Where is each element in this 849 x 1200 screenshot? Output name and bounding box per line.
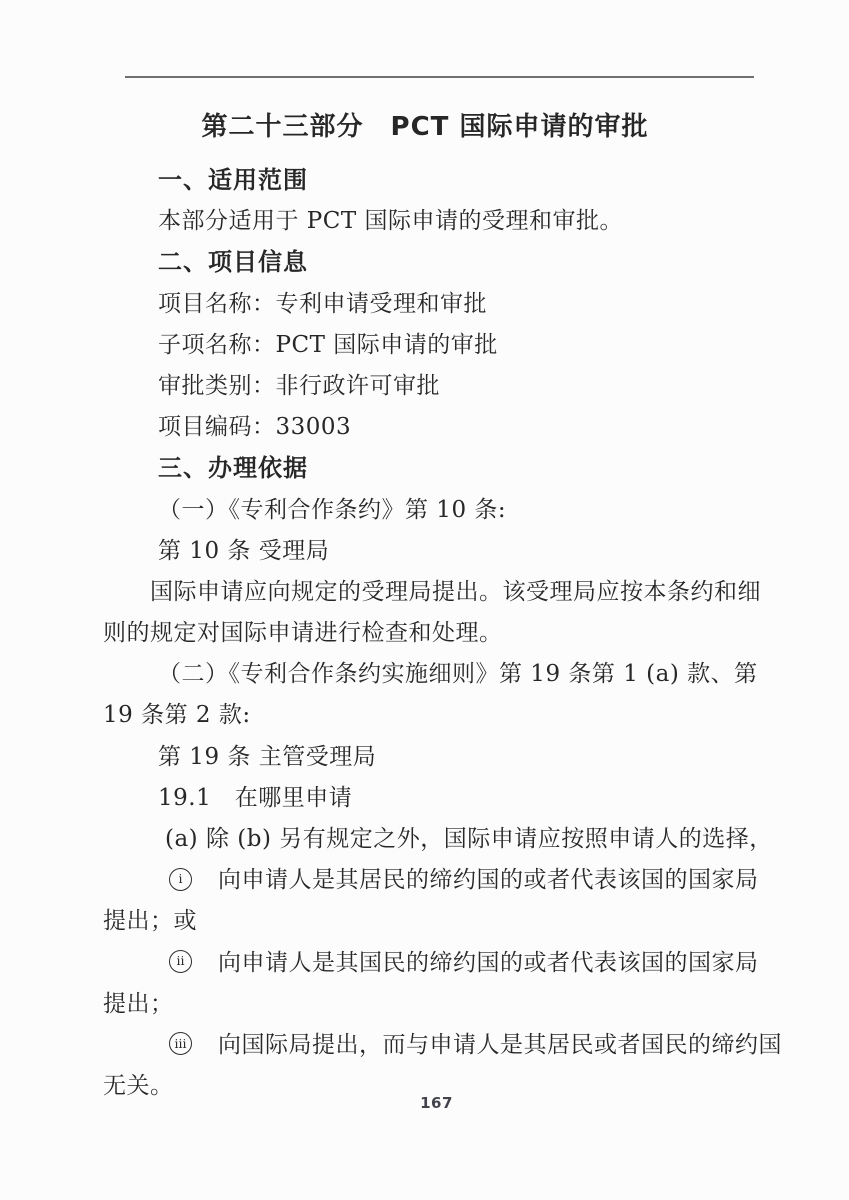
list-item-ii-text: 向申请人是其国民的缔约国的或者代表该国的国家局 [218,950,759,976]
project-code-line: 项目编码：33003 [103,407,747,448]
document-body: 第二十三部分 PCT 国际申请的审批 一、适用范围 本部分适用于 PCT 国际申… [103,107,747,1107]
rule-19-1-heading-line: 19.1 在哪里申请 [103,778,747,819]
basis-item-1-line: （一）《专利合作条约》第 10 条: [103,490,747,531]
document-title: 第二十三部分 PCT 国际申请的审批 [103,107,747,148]
article-10-paragraph-line-2: 则的规定对国际申请进行检查和处理。 [103,613,747,654]
section-heading-scope: 一、适用范围 [103,160,747,201]
document-page: 第二十三部分 PCT 国际申请的审批 一、适用范围 本部分适用于 PCT 国际申… [0,0,849,1200]
circled-roman-ii-marker: ii [169,950,192,973]
basis-item-2-line-1: （二）《专利合作条约实施细则》第 19 条第 1 (a) 款、第 [103,654,747,695]
approval-category-line: 审批类别：非行政许可审批 [103,366,747,407]
project-name-line: 项目名称：专利申请受理和审批 [103,284,747,325]
article-10-heading-line: 第 10 条 受理局 [103,531,747,572]
list-item-i-continuation: 提出；或 [103,901,747,942]
circled-roman-i-marker: i [169,868,192,891]
sub-item-name-line: 子项名称：PCT 国际申请的审批 [103,325,747,366]
section-heading-legal-basis: 三、办理依据 [103,448,747,489]
page-number: 167 [0,1094,849,1112]
clause-a-line: (a) 除 (b) 另有规定之外，国际申请应按照申请人的选择， [103,819,747,860]
list-item-iii-text: 向国际局提出，而与申请人是其居民或者国民的缔约国 [218,1032,782,1058]
list-item-iii: iii向国际局提出，而与申请人是其居民或者国民的缔约国 [103,1025,747,1066]
list-item-i-text: 向申请人是其居民的缔约国的或者代表该国的国家局 [218,867,759,893]
list-item-ii-continuation: 提出； [103,984,747,1025]
section-heading-project-info: 二、项目信息 [103,242,747,283]
article-10-paragraph-line-1: 国际申请应向规定的受理局提出。该受理局应按本条约和细 [103,572,747,613]
list-item-ii: ii向申请人是其国民的缔约国的或者代表该国的国家局 [103,943,747,984]
header-rule [125,76,754,78]
list-item-i: i向申请人是其居民的缔约国的或者代表该国的国家局 [103,860,747,901]
circled-roman-iii-marker: iii [169,1032,192,1055]
basis-item-2-line-2: 19 条第 2 款: [103,695,747,736]
scope-text-line: 本部分适用于 PCT 国际申请的受理和审批。 [103,201,747,242]
rule-19-heading-line: 第 19 条 主管受理局 [103,737,747,778]
